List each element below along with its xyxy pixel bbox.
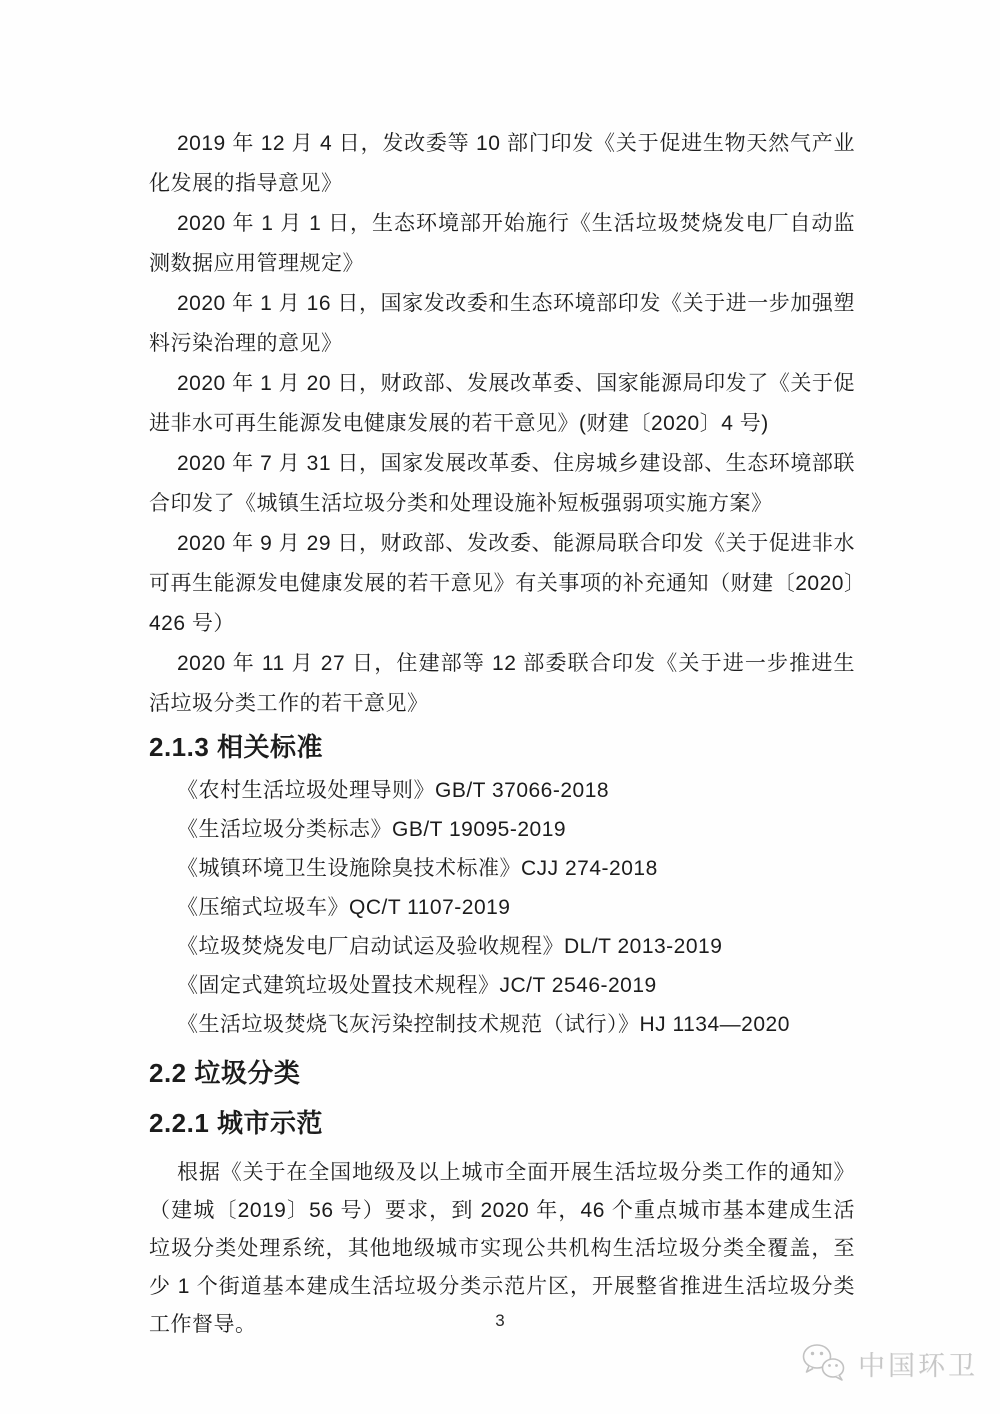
standard-item: 《农村生活垃圾处理导则》GB/T 37066-2018 [149, 771, 855, 810]
document-page: 2019 年 12 月 4 日，发改委等 10 部门印发《关于促进生物天然气产业… [0, 0, 1000, 1414]
policy-paragraph: 2020 年 1 月 16 日，国家发改委和生态环境部印发《关于进一步加强塑料污… [149, 284, 855, 364]
standard-item: 《生活垃圾分类标志》GB/T 19095-2019 [149, 810, 855, 849]
standard-item: 《城镇环境卫生设施除臭技术标准》CJJ 274-2018 [149, 849, 855, 888]
policy-paragraph: 2020 年 7 月 31 日，国家发展改革委、住房城乡建设部、生态环境部联合印… [149, 444, 855, 524]
section-heading-22: 2.2 垃圾分类 [149, 1058, 855, 1088]
standard-item: 《生活垃圾焚烧飞灰污染控制技术规范（试行）》HJ 1134—2020 [149, 1005, 855, 1044]
standard-item: 《垃圾焚烧发电厂启动试运及验收规程》DL/T 2013-2019 [149, 927, 855, 966]
watermark: 中国环卫 [800, 1342, 978, 1384]
standard-item: 《压缩式垃圾车》QC/T 1107-2019 [149, 888, 855, 927]
watermark-text: 中国环卫 [858, 1344, 978, 1383]
standard-item: 《固定式建筑垃圾处置技术规程》JC/T 2546-2019 [149, 966, 855, 1005]
policy-paragraph: 2020 年 1 月 1 日，生态环境部开始施行《生活垃圾焚烧发电厂自动监测数据… [149, 204, 855, 284]
wechat-icon [800, 1342, 848, 1384]
page-number: 3 [0, 1311, 1000, 1331]
policy-paragraph: 2020 年 11 月 27 日，住建部等 12 部委联合印发《关于进一步推进生… [149, 644, 855, 724]
policy-paragraph: 2019 年 12 月 4 日，发改委等 10 部门印发《关于促进生物天然气产业… [149, 124, 855, 204]
page-content: 2019 年 12 月 4 日，发改委等 10 部门印发《关于促进生物天然气产业… [149, 124, 855, 1344]
policy-paragraph: 2020 年 9 月 29 日，财政部、发改委、能源局联合印发《关于促进非水可再… [149, 524, 855, 644]
section-heading-221: 2.2.1 城市示范 [149, 1108, 855, 1138]
section-heading-213: 2.1.3 相关标准 [149, 732, 855, 762]
policy-paragraph: 2020 年 1 月 20 日，财政部、发展改革委、国家能源局印发了《关于促进非… [149, 364, 855, 444]
